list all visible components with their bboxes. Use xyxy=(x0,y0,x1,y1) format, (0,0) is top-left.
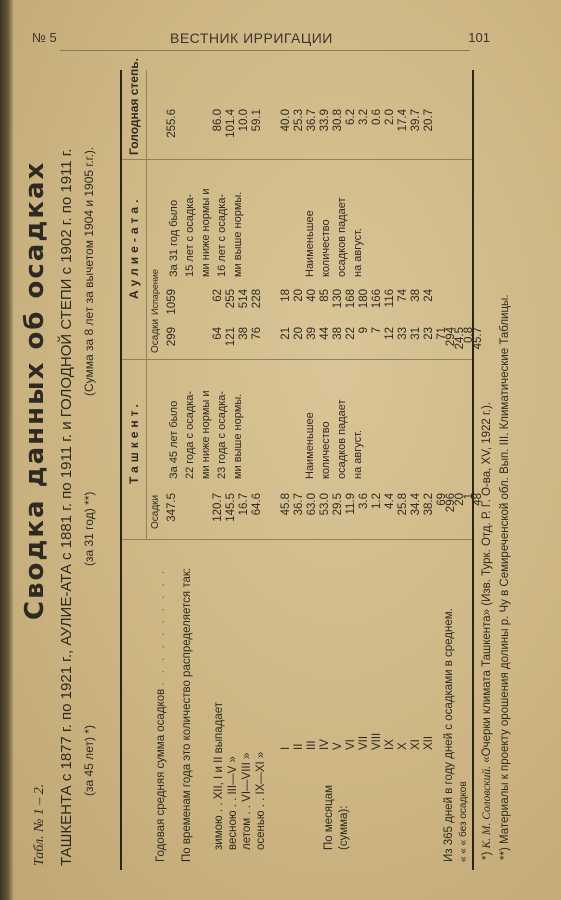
footnotes: *) К. М. Соловский. «Очерки климата Ташк… xyxy=(478,60,514,860)
book-spine-shadow xyxy=(0,0,14,900)
aulie-note: За 31 год было15 лет с осадка-ми ниже но… xyxy=(166,189,246,278)
aulie-ata-header: Аулие-ата. xyxy=(127,196,141,299)
aulie-evap-header: Испарение xyxy=(150,269,160,315)
tashkent-seasons: 120.7145.516.764.6 xyxy=(212,493,264,533)
golod-annual: 255.6 xyxy=(166,109,179,149)
running-header: № 5 ВЕСТНИК ИРРИГАЦИИ 101 xyxy=(30,28,490,50)
tashkent-month-note: Наименьшееколичествоосадков падаетна авг… xyxy=(302,399,366,479)
season-winter: зимою . . XII, I и II выпадает xyxy=(212,702,227,850)
caption-line1: ТАШКЕНТА с 1877 г. по 1921 г., АУЛИЕ-АТА… xyxy=(58,148,75,866)
days-without-label: « « « без осадков xyxy=(456,781,471,862)
annual-label: Годовая средняя сумма осадков . . . . . … xyxy=(154,568,169,862)
season-summer: летом . . VI—VIII » xyxy=(240,753,255,850)
precipitation-table: Годовая средняя сумма осадков . . . . . … xyxy=(120,70,474,870)
golod-header: Голодная степь. xyxy=(127,58,141,155)
aulie-months-evap: 18204085130168180166116743824 xyxy=(280,289,436,319)
issue-number: № 5 xyxy=(32,30,57,45)
golod-seasons: 86.0101.410.059.1 xyxy=(212,109,264,149)
tashkent-note: За 45 лет было22 года с осадка-ми ниже н… xyxy=(166,391,246,480)
caption-aulie-period: (за 31 год) **) xyxy=(82,492,96,566)
rotated-table-block: Табл. № 1 – 2. Сводка данных об осадках … xyxy=(20,60,560,880)
aulie-annual-precip: 299 xyxy=(166,327,179,357)
tashkent-header: Ташкент. xyxy=(127,400,141,484)
tashkent-precip-header: Осадки xyxy=(150,495,161,529)
aulie-ata-column: Аулие-ата. Осадки Испарение 299 1059 641… xyxy=(122,159,472,360)
table-label: Табл. № 1 – 2. xyxy=(32,784,48,866)
caption-golod-period: (Сумма за 8 лет за вычетом 1904 и 1905 г… xyxy=(82,147,96,396)
aulie-months-precip: 2120394438229712333123 xyxy=(280,327,436,357)
months-label: По месяцам (сумма): xyxy=(322,760,352,850)
aulie-seasons-precip: 641213876 xyxy=(212,327,264,357)
aulie-days: 7129424.50.845.7 xyxy=(438,327,483,357)
tashkent-months: 45.836.763.053.029.511.93.61.24.425.834.… xyxy=(280,493,436,533)
tashkent-annual: 347.5 xyxy=(166,493,179,533)
season-spring: весною . . III—V » xyxy=(226,756,241,850)
footnote-2: **) Материалы к проекту орошения долины … xyxy=(496,60,514,860)
page-number: 101 xyxy=(468,30,490,45)
seasons-label: По временам года это количество распреде… xyxy=(180,562,195,862)
aulie-annual-evap: 1059 xyxy=(166,289,179,319)
footnote-1: *) К. М. Соловский. «Очерки климата Ташк… xyxy=(478,60,496,860)
tashkent-column: Ташкент. Осадки 347.5 120.7145.516.764.6… xyxy=(122,359,472,540)
header-rule xyxy=(60,50,470,51)
table-caption: Табл. № 1 – 2. Сводка данных об осадках … xyxy=(20,60,130,880)
row-labels-column: Годовая средняя сумма осадков . . . . . … xyxy=(122,540,472,870)
table-title: Сводка данных об осадках xyxy=(20,161,50,620)
aulie-precip-header: Осадки xyxy=(150,319,161,353)
season-autumn: осенью . . IX—XI » xyxy=(254,752,269,850)
caption-tashkent-period: (за 45 лет) *) xyxy=(82,725,96,796)
month-list: IIIIIIIVVVIVIIVIIIIXXXIXII xyxy=(280,720,436,750)
golod-months: 40.025.336.733.930.86.23.20.62.017.439.7… xyxy=(280,109,436,149)
days-365-label: Из 365 дней в году дней с осадками в сре… xyxy=(442,608,457,862)
aulie-seasons-evap: 62255514228 xyxy=(212,289,264,319)
golod-column: Голодная степь. 255.6 86.0101.410.059.1 … xyxy=(122,69,472,160)
journal-title: ВЕСТНИК ИРРИГАЦИИ xyxy=(170,30,333,46)
tashkent-days: 6929620148 xyxy=(438,493,483,533)
aulie-month-note: Наименьшееколичествоосадков падаетна авг… xyxy=(302,197,366,277)
